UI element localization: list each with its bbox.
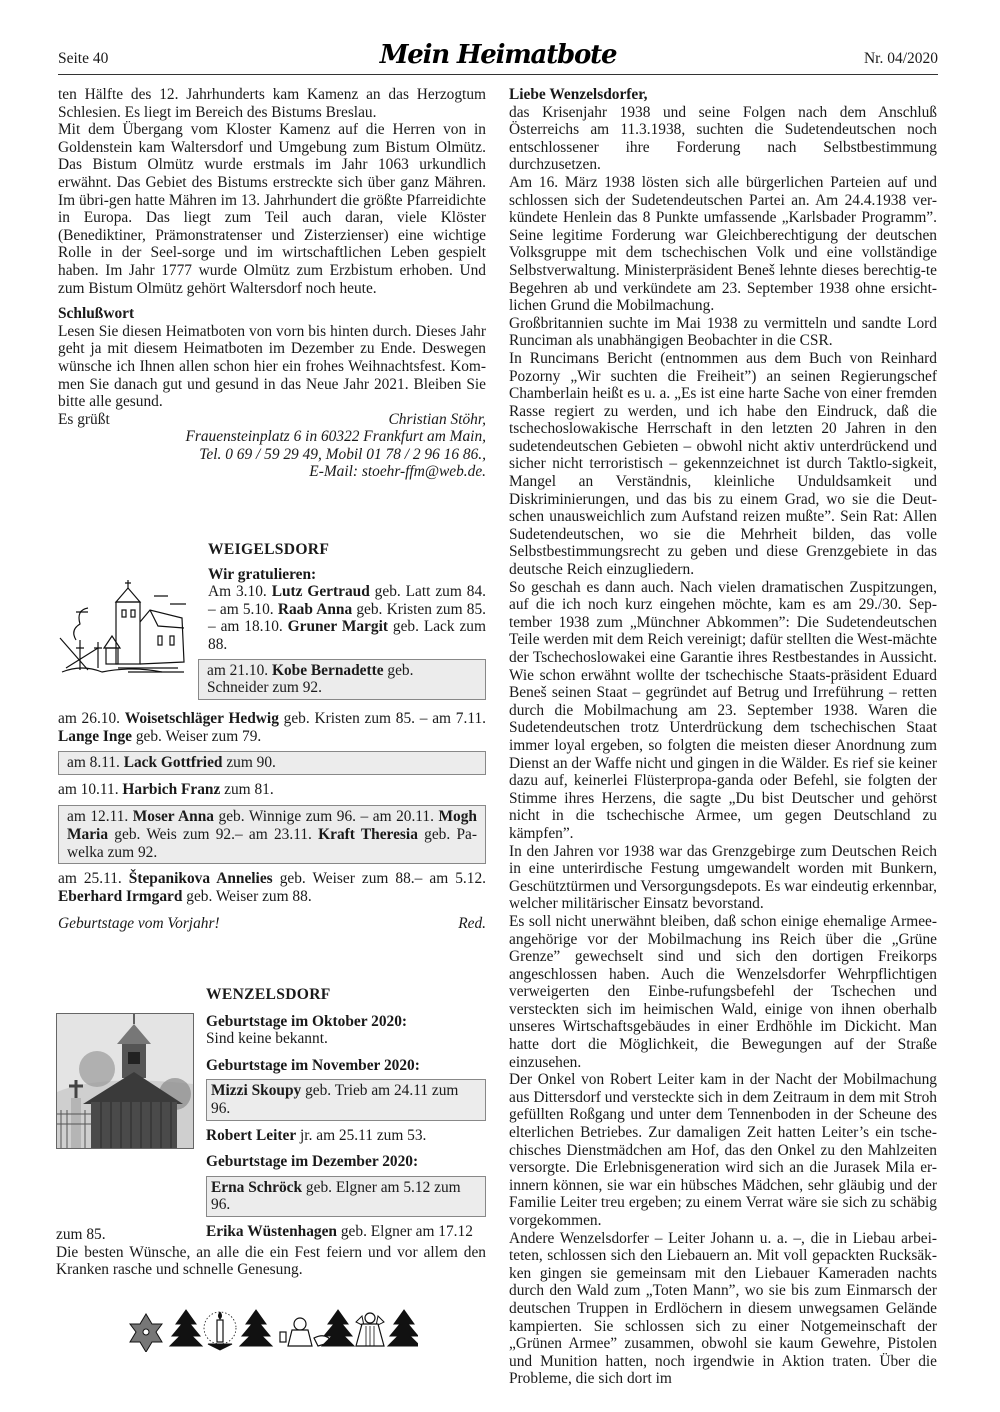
- birthday-entry: Robert Leiter jr. am 25.11 zum 53.: [206, 1127, 486, 1145]
- entry-name: Mizzi Skoupy: [211, 1082, 301, 1099]
- page-header: Seite 40 Mein Heimatbote Nr. 04/2020: [58, 20, 938, 75]
- chapel-photo: [56, 1013, 194, 1149]
- highlight-box: am 8.11. Lack Gottfried zum 90.: [58, 751, 486, 775]
- entry-detail: geb. Weiser zum 79.: [132, 728, 261, 745]
- entry-name: Erna Schröck: [211, 1179, 302, 1196]
- birthday-entries: Am 3.10. Lutz Gertraud geb. Latt zum 84.…: [208, 583, 486, 653]
- author-name: Christian Stöhr,: [389, 411, 487, 429]
- highlight-box: Erna Schröck geb. Elgner am 5.12 zum 96.: [206, 1176, 486, 1217]
- entry-detail: geb. Winnige zum 96. – am 20.11.: [214, 808, 439, 825]
- right-column: Liebe Wenzelsdorfer, das Krisenjahr 1938…: [509, 86, 937, 1388]
- entry-name: Kraft Theresia: [318, 826, 418, 843]
- entry-name: Harbich Franz: [122, 781, 220, 798]
- note-text: Geburtstage vom Vorjahr!: [58, 915, 220, 933]
- entry-detail: zum 81.: [220, 781, 273, 798]
- issue-number: Nr. 04/2020: [864, 50, 938, 68]
- entry-date: am 12.11.: [67, 808, 133, 825]
- entry-date: – am 18.10.: [208, 618, 288, 635]
- paragraph: das Krisenjahr 1938 und seine Folgen nac…: [509, 104, 937, 174]
- paragraph: ten Hälfte des 12. Jahrhunderts kam Kame…: [58, 86, 486, 121]
- entry-date: – am 5.10.: [208, 601, 278, 618]
- section-title-wenzelsdorf: WENZELSDORF: [206, 986, 486, 1004]
- church-sketch-illustration: [58, 578, 190, 676]
- entry-name: Lange Inge: [58, 728, 132, 745]
- letter-salutation: Liebe Wenzelsdorfer,: [509, 86, 937, 104]
- october-heading: Geburtstage im Oktober 2020:: [206, 1013, 486, 1031]
- entry-date: am 8.11.: [67, 754, 124, 771]
- greeting: Es grüßt: [58, 411, 110, 429]
- entry-detail: geb. Weiser zum 88.– am 5.12.: [273, 870, 486, 887]
- entry-name: Raab Anna: [278, 601, 352, 618]
- birthday-entry: am 26.10. Woisetschläger Hedwig geb. Kri…: [58, 710, 486, 745]
- highlight-box: am 21.10. Kobe Bernadette geb. Schneider…: [198, 659, 486, 700]
- entry-name: Štepanikova Annelies: [129, 870, 273, 887]
- entry-name: Lack Gottfried: [124, 754, 223, 771]
- entry-name: Eberhard Irmgard: [58, 888, 182, 905]
- entry-detail: geb. Latt zum 84.: [370, 583, 486, 600]
- wenzelsdorf-closing: zum 85. Die besten Wünsche, an alle die …: [56, 1226, 486, 1279]
- paragraph: In den Jahren vor 1938 war das Grenzgebi…: [509, 843, 937, 913]
- entry-date: Am 3.10.: [208, 583, 272, 600]
- entry-name: Kobe Bernadette: [272, 662, 384, 679]
- paragraph: Großbritannien suchte im Mai 1938 zu ver…: [509, 315, 937, 350]
- birthday-entry: am 25.11. Štepanikova Annelies geb. Weis…: [58, 870, 486, 905]
- weigelsdorf-header-block: WEIGELSDORF Wir gratulieren: Am 3.10. Lu…: [208, 541, 486, 705]
- page-number: Seite 40: [58, 50, 108, 68]
- entry-name: Gruner Margit: [288, 618, 388, 635]
- entry-continuation: zum 85.: [56, 1226, 486, 1244]
- entry-detail: geb. Weiser zum 88.: [182, 888, 311, 905]
- entry-detail: zum 90.: [222, 754, 275, 771]
- left-column: ten Hälfte des 12. Jahrhunderts kam Kame…: [58, 86, 486, 481]
- congrats-heading: Wir gratulieren:: [208, 566, 486, 584]
- october-text: Sind keine bekannt.: [206, 1030, 486, 1048]
- christmas-decoration-border: [128, 1302, 418, 1352]
- december-heading: Geburtstage im Dezember 2020:: [206, 1153, 486, 1171]
- note-row: Geburtstage vom Vorjahr! Red.: [58, 915, 486, 933]
- paragraph: Andere Wenzelsdorfer – Leiter Johann u. …: [509, 1230, 937, 1388]
- closing-heading: Schlußwort: [58, 305, 486, 323]
- highlight-box: Mizzi Skoupy geb. Trieb am 24.11 zum 96.: [206, 1079, 486, 1120]
- entry-name: Lutz Gertraud: [272, 583, 370, 600]
- weigelsdorf-list: am 26.10. Woisetschläger Hedwig geb. Kri…: [58, 710, 486, 933]
- entry-date: am 10.11.: [58, 781, 122, 798]
- entry-detail: jr. am 25.11 zum 53.: [296, 1127, 426, 1144]
- entry-detail: geb. Kristen zum 85. – am 7.11.: [279, 710, 486, 727]
- entry-name: Woisetschläger Hedwig: [125, 710, 279, 727]
- paragraph: Der Onkel von Robert Leiter kam in der N…: [509, 1071, 937, 1229]
- wishes-text: Die besten Wünsche, an alle die ein Fest…: [56, 1244, 486, 1279]
- paragraph: Mit dem Übergang vom Kloster Kamenz auf …: [58, 121, 486, 297]
- paragraph: Es soll nicht unerwähnt bleiben, daß sch…: [509, 913, 937, 1071]
- paragraph: So geschah es dann auch. Nach vielen dra…: [509, 579, 937, 843]
- author-email: E-Mail: stoehr-ffm@web.de.: [58, 463, 486, 481]
- entry-date: am 26.10.: [58, 710, 125, 727]
- signature-line: Es grüßt Christian Stöhr,: [58, 411, 486, 429]
- wenzelsdorf-block: WENZELSDORF Geburtstage im Oktober 2020:…: [206, 986, 486, 1241]
- entry-name: Robert Leiter: [206, 1127, 296, 1144]
- section-title-weigelsdorf: WEIGELSDORF: [208, 541, 486, 559]
- entry-detail: geb. Weis zum 92.– am 23.11.: [108, 826, 318, 843]
- highlight-box: am 12.11. Moser Anna geb. Winnige zum 96…: [58, 805, 486, 864]
- entry-detail: geb. Kristen zum 85.: [352, 601, 486, 618]
- entry-date: am 25.11.: [58, 870, 129, 887]
- author-phone: Tel. 0 69 / 59 29 49, Mobil 01 78 / 2 96…: [58, 446, 486, 464]
- november-heading: Geburtstage im November 2020:: [206, 1057, 486, 1075]
- birthday-entry: am 10.11. Harbich Franz zum 81.: [58, 781, 486, 799]
- entry-date: am 21.10.: [207, 662, 272, 679]
- author-address: Frauensteinplatz 6 in 60322 Frankfurt am…: [58, 428, 486, 446]
- entry-name: Moser Anna: [133, 808, 214, 825]
- masthead-logo: Mein Heimatbote: [380, 40, 617, 70]
- closing-text: Lesen Sie diesen Heimatboten von vorn bi…: [58, 323, 486, 411]
- paragraph: In Runcimans Bericht (entnommen aus dem …: [509, 350, 937, 579]
- note-author: Red.: [458, 915, 486, 933]
- paragraph: Am 16. März 1938 lösten sich alle bürger…: [509, 174, 937, 315]
